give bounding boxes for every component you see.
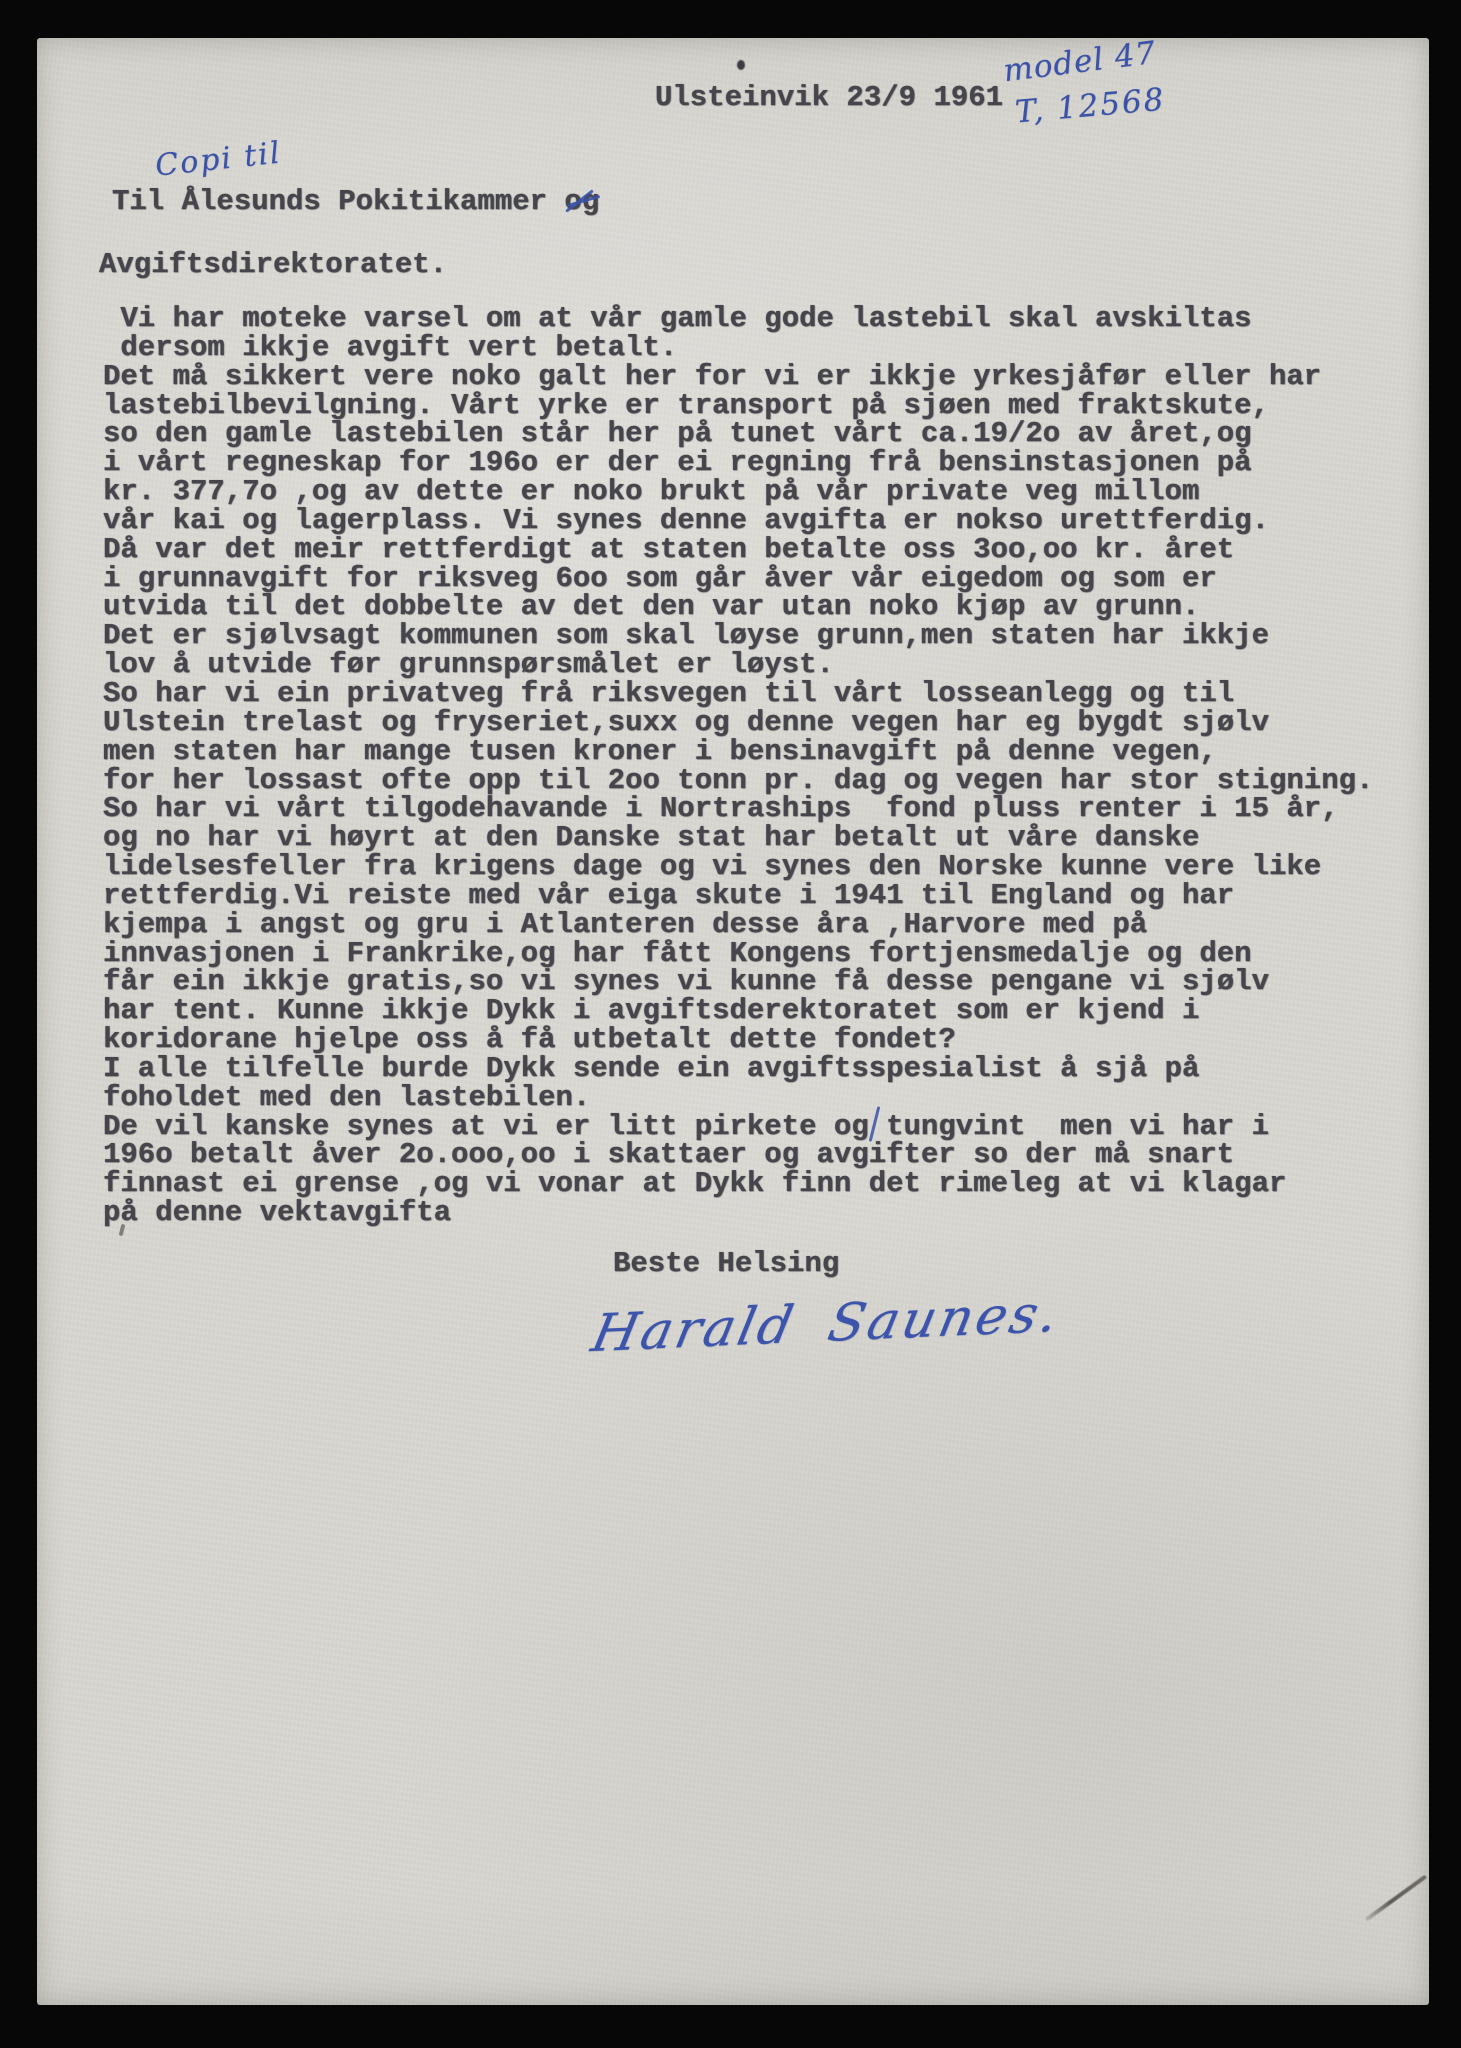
letter-body-line: foholdet med den lastebilen. — [103, 1084, 1373, 1113]
letter-body-line: 196o betalt åver 2o.ooo,oo i skattaer og… — [103, 1141, 1373, 1170]
recipient-line: Til Ålesunds Pokitikammer og — [112, 188, 599, 217]
signature-last-name: Saunes. — [823, 1284, 1066, 1354]
letter-body-line: dersom ikkje avgift vert betalt. — [103, 334, 1373, 363]
letter-body-line: finnast ei grense ,og vi vonar at Dykk f… — [103, 1170, 1373, 1199]
scanned-letter-page: Ulsteinvik 23/9 1961 model 47 T, 12568 C… — [0, 0, 1461, 2048]
letter-body-line: So har vi ein privatveg frå riksvegen ti… — [103, 680, 1373, 709]
letter-body-line: men staten har mange tusen kroner i bens… — [103, 738, 1373, 767]
letter-body-line: koridorane hjelpe oss å få utbetalt dett… — [103, 1026, 1373, 1055]
signature-first-name: Harald — [587, 1295, 801, 1364]
letter-body-line: Då var det meir rettferdigt at staten be… — [103, 536, 1373, 565]
letter-body-line: I alle tilfelle burde Dykk sende ein avg… — [103, 1055, 1373, 1084]
letter-body-line: i vårt regneskap for 196o er der ei regn… — [103, 449, 1373, 478]
letter-body-line: Det må sikkert vere noko galt her for vi… — [103, 363, 1373, 392]
handwritten-signature: HaraldSaunes. — [587, 1284, 1067, 1364]
letter-body-line: har tent. Kunne ikkje Dykk i avgiftsdere… — [103, 997, 1373, 1026]
letter-body-line: i grunnavgift for riksveg 6oo som går åv… — [103, 565, 1373, 594]
pen-annotation-copy-note: Copi til — [154, 135, 284, 183]
addressee-line: Avgiftsdirektoratet. — [99, 251, 447, 280]
date-line: Ulsteinvik 23/9 1961 — [655, 84, 1003, 113]
letter-body-line: lov å utvide før grunnspørsmålet er løys… — [103, 651, 1373, 680]
letter-body-line: So har vi vårt tilgodehavande i Nortrash… — [103, 795, 1373, 824]
letter-body-line: Vi har moteke varsel om at vår gamle god… — [103, 305, 1373, 334]
letter-body-line: på denne vektavgifta — [103, 1199, 1373, 1228]
letter-body-line: Ulstein trelast og fryseriet,suxx og den… — [103, 709, 1373, 738]
letter-body-line: får ein ikkje gratis,so vi synes vi kunn… — [103, 968, 1373, 997]
letter-body-line: kjempa i angst og gru i Atlanteren desse… — [103, 911, 1373, 940]
letter-body-line: vår kai og lagerplass. Vi synes denne av… — [103, 507, 1373, 536]
letter-body-line: og no har vi høyrt at den Danske stat ha… — [103, 824, 1373, 853]
letter-body-line: so den gamle lastebilen står her på tune… — [103, 420, 1373, 449]
letter-body-line: kr. 377,7o ,og av dette er noko brukt på… — [103, 478, 1373, 507]
letter-body-line: Det er sjølvsagt kommunen som skal løyse… — [103, 622, 1373, 651]
letter-paper: Ulsteinvik 23/9 1961 model 47 T, 12568 C… — [37, 38, 1429, 2005]
letter-body-line: lidelsesfeller fra krigens dage og vi sy… — [103, 853, 1373, 882]
recipient-text: Til Ålesunds Pokitikammer — [112, 185, 564, 218]
letter-body-line: rettferdig.Vi reiste med vår eiga skute … — [103, 882, 1373, 911]
letter-body-line: lastebilbevilgning. Vårt yrke er transpo… — [103, 392, 1373, 421]
letter-body-line: utvida til det dobbelte av det den var u… — [103, 593, 1373, 622]
struck-word: og — [564, 188, 599, 217]
pen-annotation-model: model 47 — [1001, 35, 1158, 89]
ink-dot-mark — [737, 60, 745, 70]
letter-body-line: De vil kanske synes at vi er litt pirket… — [103, 1113, 1373, 1142]
closing-salutation: Beste Helsing — [613, 1250, 839, 1279]
letter-body-line: for her lossast ofte opp til 2oo tonn pr… — [103, 767, 1373, 796]
letter-body-line: innvasjonen i Frankrike,og har fått Kong… — [103, 940, 1373, 969]
letter-body: Vi har moteke varsel om at vår gamle god… — [103, 305, 1373, 1228]
pen-annotation-number: T, 12568 — [1014, 82, 1167, 131]
scratch-mark — [1365, 1875, 1427, 1922]
signature-gap — [791, 1341, 825, 1342]
